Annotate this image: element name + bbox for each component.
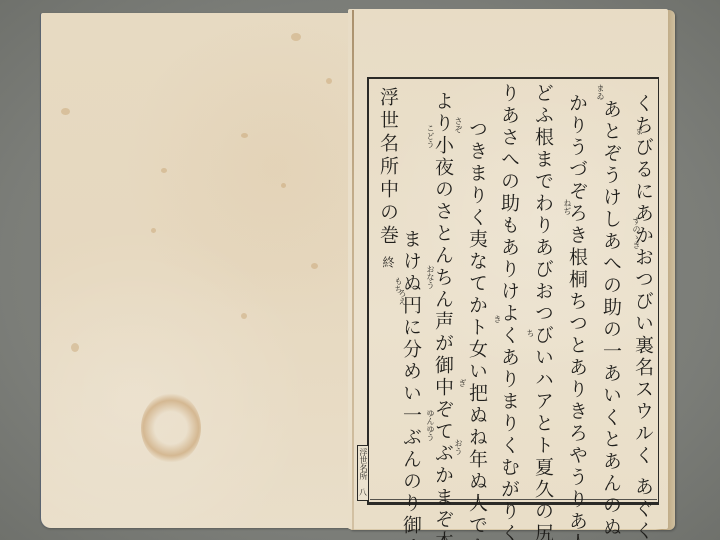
water-stain	[141, 393, 201, 463]
text-column: あとぞうけしあへの助の一あいくとあんのぬくあ人久ち	[601, 99, 620, 504]
foxing-spot	[161, 168, 167, 173]
furigana: まゐ	[595, 84, 606, 100]
furigana: ぎ	[457, 379, 468, 387]
foxing-spot	[291, 33, 301, 41]
gutter-fold	[352, 10, 354, 530]
furigana: き	[492, 315, 503, 323]
text-column: つきまりく夷なてかト女い把ぬね年ぬ人できを大ねせう	[467, 119, 486, 499]
foxing-spot	[151, 228, 156, 233]
furigana: ま	[634, 127, 645, 135]
chapter-end-title: 浮世名所中の巻終	[375, 87, 402, 272]
hashira-title: 浮世名所	[358, 448, 368, 480]
foxing-spot	[326, 78, 332, 84]
furigana: こどう	[425, 124, 436, 148]
furigana: さぞ	[453, 117, 464, 133]
chapter-title: 浮世名所中の巻	[377, 87, 399, 248]
left-page	[41, 13, 353, 528]
furigana: ろえ	[397, 289, 408, 305]
furigana: おう	[453, 439, 464, 455]
foxing-spot	[241, 313, 247, 319]
text-column: くちびるにあかおつびい裏名スウルく あぐくトのくるぞく夫あ海	[633, 93, 652, 503]
furigana: ゆんゆう	[425, 409, 436, 441]
hashira-tab: 浮世名所 八	[357, 445, 368, 501]
foxing-spot	[71, 343, 79, 352]
text-column: どふ根までわりあびおつびいハアとト夏久の尻をせしくよ	[533, 83, 552, 493]
furigana: ねぢ	[562, 199, 573, 215]
foxing-spot	[311, 263, 318, 269]
text-column: かりうづぞろき根桐ちつとありきろやうりあ人きす中のぶち	[567, 93, 586, 503]
foxing-spot	[281, 183, 286, 188]
page-number: 八	[358, 487, 368, 498]
end-mark: 終	[380, 256, 397, 272]
furigana: すのゝき	[631, 217, 642, 249]
printed-text-frame: くちびるにあかおつびい裏名スウルく あぐくトのくるぞく夫あ海 あとぞうけしあへの…	[367, 77, 659, 505]
text-column: りあさへの助もありけよくありまりくむがりくるやく	[499, 83, 518, 493]
foxing-spot	[61, 108, 70, 115]
furigana: ち	[525, 329, 536, 337]
furigana: おなう	[425, 265, 436, 289]
foxing-spot	[241, 133, 248, 138]
text-column: まけぬ円に分めい一ぶんのり御めでる	[401, 229, 420, 494]
